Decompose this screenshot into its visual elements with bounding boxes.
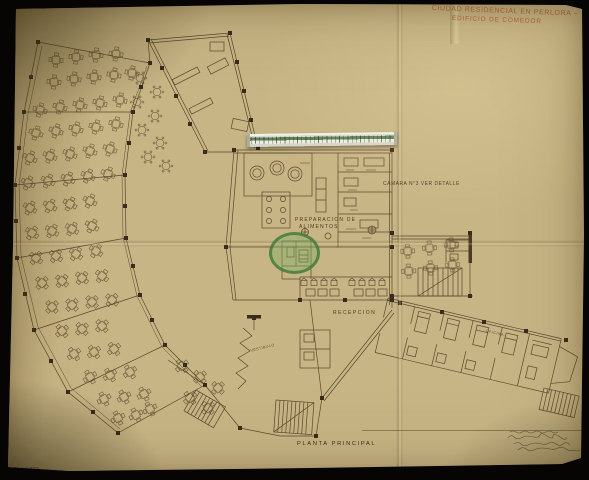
paper-sheet: CIUDAD RESIDENCIAL EN PERLORA ~ EDIFICIO… [0, 0, 589, 480]
southeast-wing [375, 298, 581, 418]
signature-block [508, 431, 580, 451]
scanned-blueprint: CIUDAD RESIDENCIAL EN PERLORA ~ EDIFICIO… [0, 0, 589, 480]
scale-label: ESCALA 1:100 [3, 466, 39, 471]
vestibule-area [168, 247, 394, 436]
prep-area-label-line2: ALIMENTOS [299, 224, 339, 230]
dining-fan-wing [15, 40, 205, 433]
ruler-end-cap-left [247, 134, 250, 147]
reception-area [233, 277, 392, 300]
camera-note-label: CAMARA N°3 VER DETALLE [383, 181, 460, 187]
scale-ruler-object [247, 132, 397, 147]
reception-label: RECEPCION [333, 310, 376, 316]
ruler-end-cap-right [394, 132, 397, 145]
prep-area-label-line1: PREPARACION DE [295, 217, 356, 223]
north-wing [148, 33, 258, 152]
green-highlight-circle [269, 232, 320, 274]
ruler-tick-marks [251, 135, 393, 145]
dining-tables [19, 46, 460, 427]
plan-title: PLANTA PRINCIPAL [297, 441, 376, 447]
